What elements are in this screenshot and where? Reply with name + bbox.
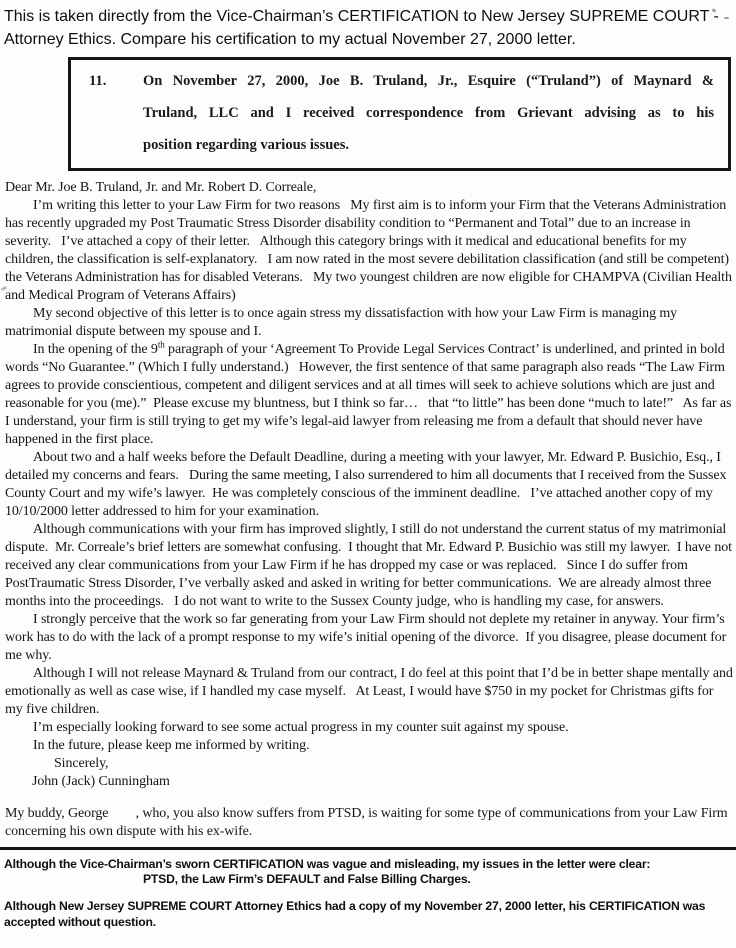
letter-paragraph-second-objective: My second objective of this letter is to…	[5, 305, 733, 341]
footnote-letter-issues: PTSD, the Law Firm’s DEFAULT and False B…	[4, 872, 722, 887]
letter-postscript: My buddy, George , who, you also know su…	[5, 805, 733, 841]
paragraph-text: paragraph of your ‘Agreement To Provide …	[5, 342, 735, 447]
certification-line: Truland, LLC and I received corresponden…	[143, 97, 714, 129]
letter-paragraph-default-deadline: About two and a half weeks before the De…	[5, 449, 733, 521]
certification-line: position regarding various issues.	[143, 129, 714, 161]
letter-paragraph-communications: Although communications with your firm h…	[5, 521, 733, 611]
letter-salutation: Dear Mr. Joe B. Truland, Jr. and Mr. Rob…	[5, 179, 733, 197]
certification-item-number: 11.	[71, 65, 143, 161]
certification-line: On November 27, 2000, Joe B. Truland, Jr…	[143, 65, 714, 97]
letter-signature: John (Jack) Cunningham	[5, 773, 733, 791]
ordinal-superscript: th	[158, 339, 165, 349]
letter-paragraph-release: Although I will not release Maynard & Tr…	[5, 665, 733, 719]
scanned-letter-page: This is taken directly from the Vice-Cha…	[0, 0, 736, 948]
certification-excerpt-box: 11. On November 27, 2000, Joe B. Truland…	[68, 57, 731, 171]
letter-paragraph-keep-informed: In the future, please keep me informed b…	[5, 737, 733, 755]
letter-body: Dear Mr. Joe B. Truland, Jr. and Mr. Rob…	[0, 171, 733, 841]
letter-paragraph-retainer: I strongly perceive that the work so far…	[5, 611, 733, 665]
paragraph-text: In the opening of the 9	[33, 342, 158, 357]
certification-text: On November 27, 2000, Joe B. Truland, Jr…	[143, 65, 714, 161]
letter-paragraph-va-upgrade: I’m writing this letter to your Law Firm…	[5, 197, 733, 305]
annotation-header: This is taken directly from the Vice-Cha…	[0, 0, 736, 51]
footnote-certification-vague: Although the Vice-Chairman’s sworn CERTI…	[4, 857, 722, 872]
footnote-accepted-without-question: Although New Jersey SUPREME COURT Attorn…	[4, 899, 722, 929]
footer-annotations: Although the Vice-Chairman’s sworn CERTI…	[0, 850, 736, 930]
letter-paragraph-counter-suit: I’m especially looking forward to see so…	[5, 719, 733, 737]
scan-artifact	[724, 17, 729, 19]
letter-closing: Sincerely,	[5, 755, 733, 773]
letter-paragraph-agreement: In the opening of the 9th paragraph of y…	[5, 341, 733, 449]
